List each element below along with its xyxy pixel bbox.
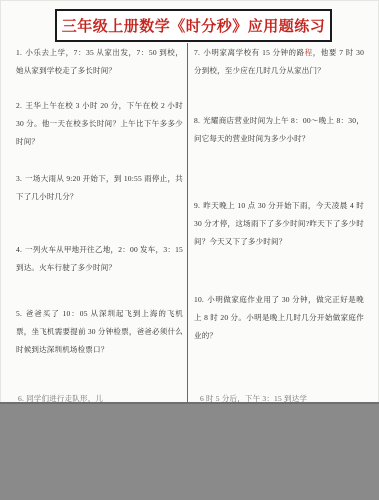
page-title: 三年级上册数学《时分秒》应用题练习: [62, 15, 326, 36]
question-text: 昨天晚上 10 点 30 分开始下雨，今天凌晨 4 时 30 分才停，这场雨下了…: [194, 201, 364, 246]
column-divider: [187, 43, 188, 402]
question-number: 4.: [16, 245, 22, 254]
question-4: 4.一列火车从甲地开往乙地，2：00 发车，3：15 到达。火车行驶了多少时间？: [16, 241, 183, 277]
question-number: 9.: [194, 201, 200, 210]
question-text: 小乐去上学，7：35 从家出发，7：50 到校，她从家到学校走了多长时间？: [16, 48, 183, 75]
question-number: 7.: [194, 48, 200, 57]
worksheet-page: 三年级上册数学《时分秒》应用题练习 1.小乐去上学，7：35 从家出发，7：50…: [0, 0, 379, 500]
highlighted-character: 程: [305, 48, 313, 57]
question-9: 9.昨天晚上 10 点 30 分开始下雨，今天凌晨 4 时 30 分才停，这场雨…: [194, 197, 364, 251]
question-number: 1.: [16, 48, 22, 57]
question-text: 王华上午在校 3 小时 20 分，下午在校 2 小时 30 分。他一天在校多长时…: [16, 101, 183, 146]
question-8: 8.光耀商店营业时间为上午 8：00～晚上 8：30，问它每天的营业时间为多少小…: [194, 112, 364, 148]
question-number: 10.: [194, 295, 204, 304]
question-text: 小明做家庭作业用了 30 分钟，做完正好是晚上 8 时 20 分。小明是晚上几时…: [194, 295, 364, 340]
question-1: 1.小乐去上学，7：35 从家出发，7：50 到校，她从家到学校走了多长时间？: [16, 44, 183, 80]
question-3: 3.一场大雨从 9:20 开始下，到 10:55 雨停止，共下了几小时几分？: [16, 170, 183, 206]
question-number: 5.: [16, 309, 22, 318]
question-5: 5.爸爸买了 10：05 从深圳起飞到上海的飞机票，坐飞机需要提前 30 分钟检…: [16, 305, 183, 359]
question-2: 2.王华上午在校 3 小时 20 分，下午在校 2 小时 30 分。他一天在校多…: [16, 97, 183, 151]
question-10: 10.小明做家庭作业用了 30 分钟，做完正好是晚上 8 时 20 分。小明是晚…: [194, 291, 364, 345]
question-7: 7.小明家离学校有 15 分钟的路程，他要 7 时 30 分到校，至少应在几时几…: [194, 44, 364, 80]
title-box: 三年级上册数学《时分秒》应用题练习: [55, 9, 332, 42]
question-number: 3.: [16, 174, 22, 183]
question-number: 2.: [16, 101, 22, 110]
question-text: 爸爸买了 10：05 从深圳起飞到上海的飞机票，坐飞机需要提前 30 分钟检票，…: [16, 309, 183, 354]
question-text: 一列火车从甲地开往乙地，2：00 发车，3：15 到达。火车行驶了多少时间？: [16, 245, 183, 272]
question-text: 光耀商店营业时间为上午 8：00～晚上 8：30，问它每天的营业时间为多少小时？: [194, 116, 364, 143]
scan-cutoff-band: [0, 402, 379, 500]
question-number: 8.: [194, 116, 200, 125]
question-text: 小明家离学校有 15 分钟的路: [203, 48, 305, 57]
question-text: 一场大雨从 9:20 开始下，到 10:55 雨停止，共下了几小时几分？: [16, 174, 183, 201]
